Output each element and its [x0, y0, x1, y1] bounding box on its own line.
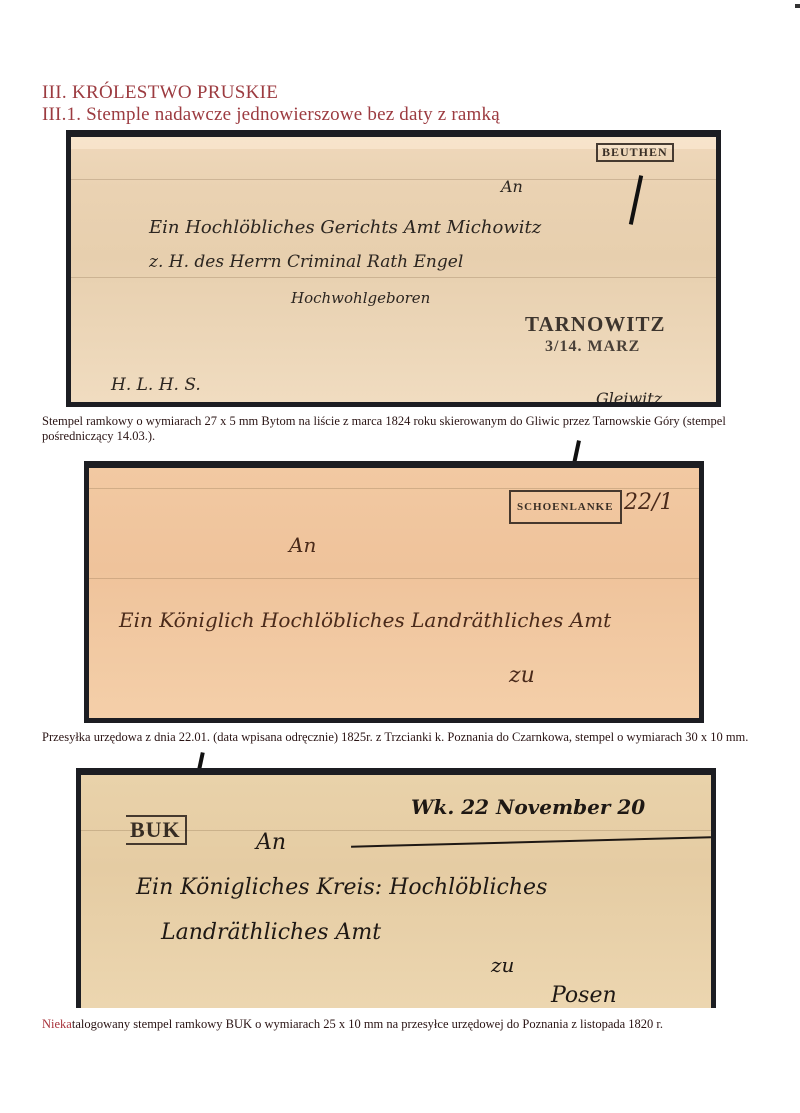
caption-buk: Niekatalogowany stempel ramkowy BUK o wy… — [42, 1017, 762, 1032]
handwriting-line: Ein Königlich Hochlöbliches Landräthlich… — [119, 608, 611, 632]
caption-beuthen: Stempel ramkowy o wymiarach 27 x 5 mm By… — [42, 414, 767, 444]
stamp-tarnowitz: TARNOWITZ — [521, 312, 669, 336]
handwriting-line: zu — [509, 663, 535, 688]
handwriting-line: 22/1 — [624, 490, 673, 515]
page-header: III. KRÓLESTWO PRUSKIE III.1. Stemple na… — [42, 82, 500, 126]
handwriting-line: Posen — [551, 983, 617, 1008]
section-title: III. KRÓLESTWO PRUSKIE — [42, 82, 500, 104]
paper-fold — [71, 277, 716, 278]
stamp-schoenlanke: SCHOENLANKE — [509, 490, 622, 524]
handwriting-line: An — [289, 533, 316, 557]
handwriting-line: Landräthliches Amt — [161, 920, 381, 945]
letter-image-schoenlanke: SCHOENLANKE 22/1 An Ein Königlich Hochlö… — [84, 461, 704, 723]
paper-fold — [71, 179, 716, 180]
handwriting-line: An — [501, 177, 523, 196]
handwriting-line: zu — [491, 953, 514, 977]
caption-schoenlanke: Przesyłka urzędowa z dnia 22.01. (data w… — [42, 730, 762, 745]
stamp-tarnowitz-date: 3/14. MARZ — [541, 337, 644, 357]
paper-fold — [89, 488, 699, 489]
stamp-beuthen: BEUTHEN — [596, 143, 674, 162]
caption-buk-text: talogowany stempel ramkowy BUK o wymiara… — [72, 1017, 663, 1031]
paper-fold — [89, 578, 699, 579]
subsection-title: III.1. Stemple nadawcze jednowierszowe b… — [42, 104, 500, 126]
handwriting-line: Gleiwitz — [596, 389, 662, 407]
scan-corner-mark — [795, 4, 800, 8]
letter-image-beuthen: BEUTHEN An Ein Hochlöbliches Gerichts Am… — [66, 130, 721, 407]
handwriting-line: Hochwohlgeboren — [291, 289, 430, 307]
handwriting-line: z. H. des Herrn Criminal Rath Engel — [149, 252, 463, 272]
letter-image-buk: BUK Wk. 22 November 20 An Ein Königliche… — [76, 768, 716, 1008]
handwriting-line: H. L. H. S. — [111, 375, 201, 395]
stamp-buk: BUK — [126, 815, 187, 845]
handwriting-line: Ein Königliches Kreis: Hochlöbliches — [136, 875, 547, 900]
caption-buk-highlight: Nieka — [42, 1017, 72, 1031]
handwriting-line: Ein Hochlöbliches Gerichts Amt Michowitz — [149, 217, 541, 238]
handwriting-line: Wk. 22 November 20 — [411, 795, 645, 819]
handwriting-line: An — [256, 830, 286, 855]
